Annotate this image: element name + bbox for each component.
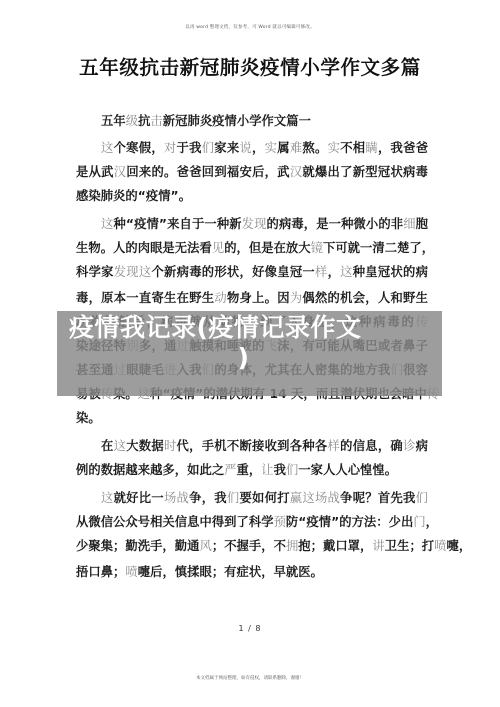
text-segment: 实 bbox=[265, 141, 278, 155]
text-segment: 门 bbox=[413, 515, 425, 529]
text-segment: 细 bbox=[403, 217, 415, 231]
text-segment: 喷 bbox=[125, 565, 137, 579]
text-segment: 感染肺炎的“疫情”。 bbox=[76, 189, 191, 203]
text-segment: 为 bbox=[290, 291, 303, 305]
text-segment: 讲 bbox=[372, 539, 384, 553]
text-segment: 抱；戴口罩， bbox=[298, 539, 372, 553]
text-segment: 是从武 bbox=[76, 165, 114, 179]
text-segment: 实 bbox=[328, 141, 341, 155]
text-line: 这种“疫情”来自于一种新发现的病毒，是一种微小的非细胞 bbox=[101, 216, 428, 232]
text-line: 捂口鼻；喷嚏后，慎揉眼；有症状，早就医。 bbox=[76, 564, 428, 580]
text-segment: 镜 bbox=[311, 241, 323, 255]
text-segment: 级 bbox=[126, 114, 138, 128]
text-segment: 抗 bbox=[138, 114, 150, 128]
text-segment: 嚏， bbox=[447, 539, 472, 553]
text-segment: 这 bbox=[114, 439, 127, 453]
text-segment: ， bbox=[426, 515, 438, 529]
text-segment: 偶然的机会，人和野生 bbox=[302, 291, 428, 305]
text-line: 例的数据越来越多，如此之严重，让我们一家人人心惶惶。 bbox=[76, 462, 428, 478]
text-segment: 诊 bbox=[403, 439, 416, 453]
text-segment: 拥 bbox=[286, 539, 298, 553]
text-segment: 熬。 bbox=[302, 141, 327, 155]
text-segment: 重， bbox=[237, 463, 262, 477]
text-segment: 严 bbox=[224, 463, 236, 477]
text-segment: 嚏后，慎揉眼；有症状，早就医。 bbox=[138, 565, 323, 579]
text-segment: 于我 bbox=[177, 141, 202, 155]
overlay-title-close: ) bbox=[69, 343, 442, 373]
text-segment: 喷 bbox=[434, 539, 446, 553]
text-segment: 击 bbox=[150, 114, 162, 128]
text-segment: 家来 bbox=[214, 141, 239, 155]
text-segment: 这 bbox=[101, 217, 113, 231]
overlay-title[interactable]: 疫情我记录(疫情记录作文 ) bbox=[57, 313, 442, 373]
text-segment: 毒，原本一直寄生在野生 bbox=[76, 291, 214, 305]
document-title: 五年级抗击新冠肺炎疫情小学作文多篇 bbox=[0, 52, 500, 80]
text-segment: 见 bbox=[212, 241, 224, 255]
text-segment: 这 bbox=[340, 265, 353, 279]
overlay-title-main: 疫情我记录(疫情记录作文 bbox=[69, 313, 361, 342]
text-segment: 争，我 bbox=[189, 491, 227, 505]
text-segment: 物身上。因 bbox=[227, 291, 290, 305]
text-segment: 要如何打 bbox=[239, 491, 289, 505]
text-segment: 病 bbox=[416, 439, 428, 453]
text-segment: 难 bbox=[290, 141, 303, 155]
text-segment: 说 bbox=[239, 141, 252, 155]
section-heading: 五年级抗击新冠肺炎疫情小学作文篇一 bbox=[101, 113, 428, 129]
text-segment: 这 bbox=[101, 491, 114, 505]
text-segment: 汉 bbox=[114, 165, 127, 179]
text-line: 感染肺炎的“疫情”。 bbox=[76, 188, 428, 204]
text-segment: 在 bbox=[101, 439, 114, 453]
text-line: 毒，原本一直寄生在野生动物身上。因为偶然的机会，人和野生 bbox=[76, 290, 428, 306]
text-line: 科学家发现这个新病毒的形状，好像皇冠一样，这种皇冠状的病 bbox=[76, 264, 428, 280]
text-segment: 回来的。爸爸回到福安后，武 bbox=[126, 165, 290, 179]
text-segment: 大数据 bbox=[126, 439, 164, 453]
text-segment: 少聚集；勤洗手，勤通 bbox=[76, 539, 199, 553]
text-segment: 科学家 bbox=[76, 265, 114, 279]
text-segment: ，我爸爸 bbox=[378, 141, 428, 155]
text-segment: 例的数据越来越多，如此之 bbox=[76, 463, 224, 477]
text-segment: 发现 bbox=[242, 217, 267, 231]
text-segment: 发现这 bbox=[114, 265, 152, 279]
text-segment: 们 bbox=[202, 141, 215, 155]
text-segment: 动 bbox=[214, 291, 227, 305]
text-segment: 胞 bbox=[416, 217, 428, 231]
text-segment: 瞒 bbox=[365, 141, 378, 155]
text-segment: 们 bbox=[286, 463, 298, 477]
text-line: 这个寒假，对于我们家来说，实属难熬。实不相瞒，我爸爸 bbox=[101, 140, 428, 156]
text-segment: ， bbox=[328, 265, 341, 279]
text-segment: 防“疫情”的方法：少出 bbox=[286, 515, 413, 529]
text-segment: 属 bbox=[277, 141, 290, 155]
text-segment: 从微信公众号相关信息中得到了科学 bbox=[76, 515, 274, 529]
document-page: 以再 word 整理文档，仅参考，可 Word 就以可编辑可修改。 五年级抗击新… bbox=[0, 0, 500, 707]
text-segment: 的，但是在放大 bbox=[224, 241, 310, 255]
text-segment: 生物。人的肉眼是无法看 bbox=[76, 241, 212, 255]
text-segment: 下可就一清二楚了， bbox=[323, 241, 434, 255]
header-note: 以再 word 整理文档，仅参考，可 Word 就以可编辑可修改。 bbox=[0, 24, 500, 30]
text-segment: 新冠肺炎疫情小学作文篇一 bbox=[163, 114, 311, 128]
text-segment: 种“疫情”来自于一种新 bbox=[113, 217, 241, 231]
text-segment: 五年 bbox=[101, 114, 126, 128]
text-segment: 捂口鼻； bbox=[76, 565, 125, 579]
text-segment: 争呢？首先我 bbox=[340, 491, 416, 505]
text-line: 从微信公众号相关信息中得到了科学预防“疫情”的方法：少出门， bbox=[76, 514, 428, 530]
text-segment: 就爆出了新型冠状病毒 bbox=[302, 165, 428, 179]
text-line: 染。 bbox=[76, 410, 428, 426]
text-segment: 卫生；打 bbox=[385, 539, 434, 553]
text-segment: 对 bbox=[164, 141, 177, 155]
text-segment: 的病毒，是一种微小的非 bbox=[267, 217, 404, 231]
text-line: 生物。人的肉眼是无法看见的，但是在放大镜下可就一清二楚了， bbox=[76, 240, 428, 256]
text-segment: 样 bbox=[328, 439, 341, 453]
text-segment: 汉 bbox=[290, 165, 303, 179]
text-segment: 这 bbox=[101, 141, 114, 155]
text-line: 这就好比一场战争，我们要如何打赢这场战争呢？首先我们 bbox=[101, 490, 428, 506]
text-segment: 代，手机不断接收到各种各 bbox=[177, 439, 328, 453]
text-segment: 时 bbox=[164, 439, 177, 453]
text-segment: 们 bbox=[227, 491, 240, 505]
text-segment: 风 bbox=[199, 539, 211, 553]
text-segment: 场战 bbox=[164, 491, 189, 505]
footer-note: 本文档属于网站整理，如有侵权，请联系删除，谢谢！ bbox=[0, 675, 500, 681]
text-segment: 种皇冠状的病 bbox=[353, 265, 428, 279]
text-segment: ， bbox=[252, 141, 265, 155]
text-segment: 们 bbox=[416, 491, 428, 505]
text-segment: 个新病毒的形状，好像皇冠一 bbox=[151, 265, 315, 279]
text-segment: 就好比一 bbox=[114, 491, 164, 505]
text-line: 在这大数据时代，手机不断接收到各种各样的信息，确诊病 bbox=[101, 438, 428, 454]
text-segment: 让 bbox=[261, 463, 273, 477]
text-segment: 我 bbox=[274, 463, 286, 477]
text-segment: 一家人人心惶惶。 bbox=[298, 463, 397, 477]
text-segment: 赢这场战 bbox=[290, 491, 340, 505]
text-segment: 的信息，确 bbox=[340, 439, 403, 453]
text-segment: 个寒假， bbox=[114, 141, 164, 155]
text-segment: 样 bbox=[315, 265, 328, 279]
text-segment: ；不握手，不 bbox=[212, 539, 286, 553]
text-line: 少聚集；勤洗手，勤通风；不握手，不拥抱；戴口罩，讲卫生；打喷嚏， bbox=[76, 538, 428, 554]
text-segment: 染。 bbox=[76, 411, 101, 425]
text-line: 是从武汉回来的。爸爸回到福安后，武汉就爆出了新型冠状病毒 bbox=[76, 164, 428, 180]
text-segment: 预 bbox=[274, 515, 286, 529]
text-segment: 不相 bbox=[340, 141, 365, 155]
page-indicator: 1 / 8 bbox=[0, 624, 500, 633]
